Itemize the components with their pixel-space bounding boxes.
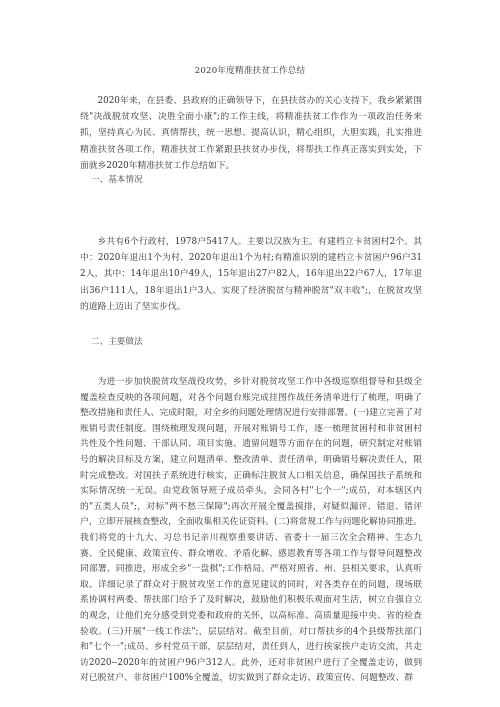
section-heading-main-practices: 二、主要做法 bbox=[91, 335, 143, 347]
intro-paragraph: 2020年来，在县委、县政府的正确领导下，在县扶贫办的关心支持下，我乡紧紧围绕"… bbox=[80, 93, 422, 174]
document-page: 2020年度精准扶贫工作总结 2020年来，在县委、县政府的正确领导下，在县扶贫… bbox=[0, 0, 500, 707]
section-body-basic-situation: 乡共有6个行政村，1978户5417人。主要以汉族为主。有建档立卡贫困村2个。其… bbox=[80, 234, 422, 315]
document-title: 2020年度精准扶贫工作总结 bbox=[0, 64, 500, 76]
section-heading-basic-situation: 一、基本情况 bbox=[91, 173, 143, 185]
section-body-main-practices: 为进一步加快脱贫攻坚战役攻势，乡针对脱贫攻坚工作中各级巡察组督导和县级全覆盖检查… bbox=[80, 375, 422, 687]
